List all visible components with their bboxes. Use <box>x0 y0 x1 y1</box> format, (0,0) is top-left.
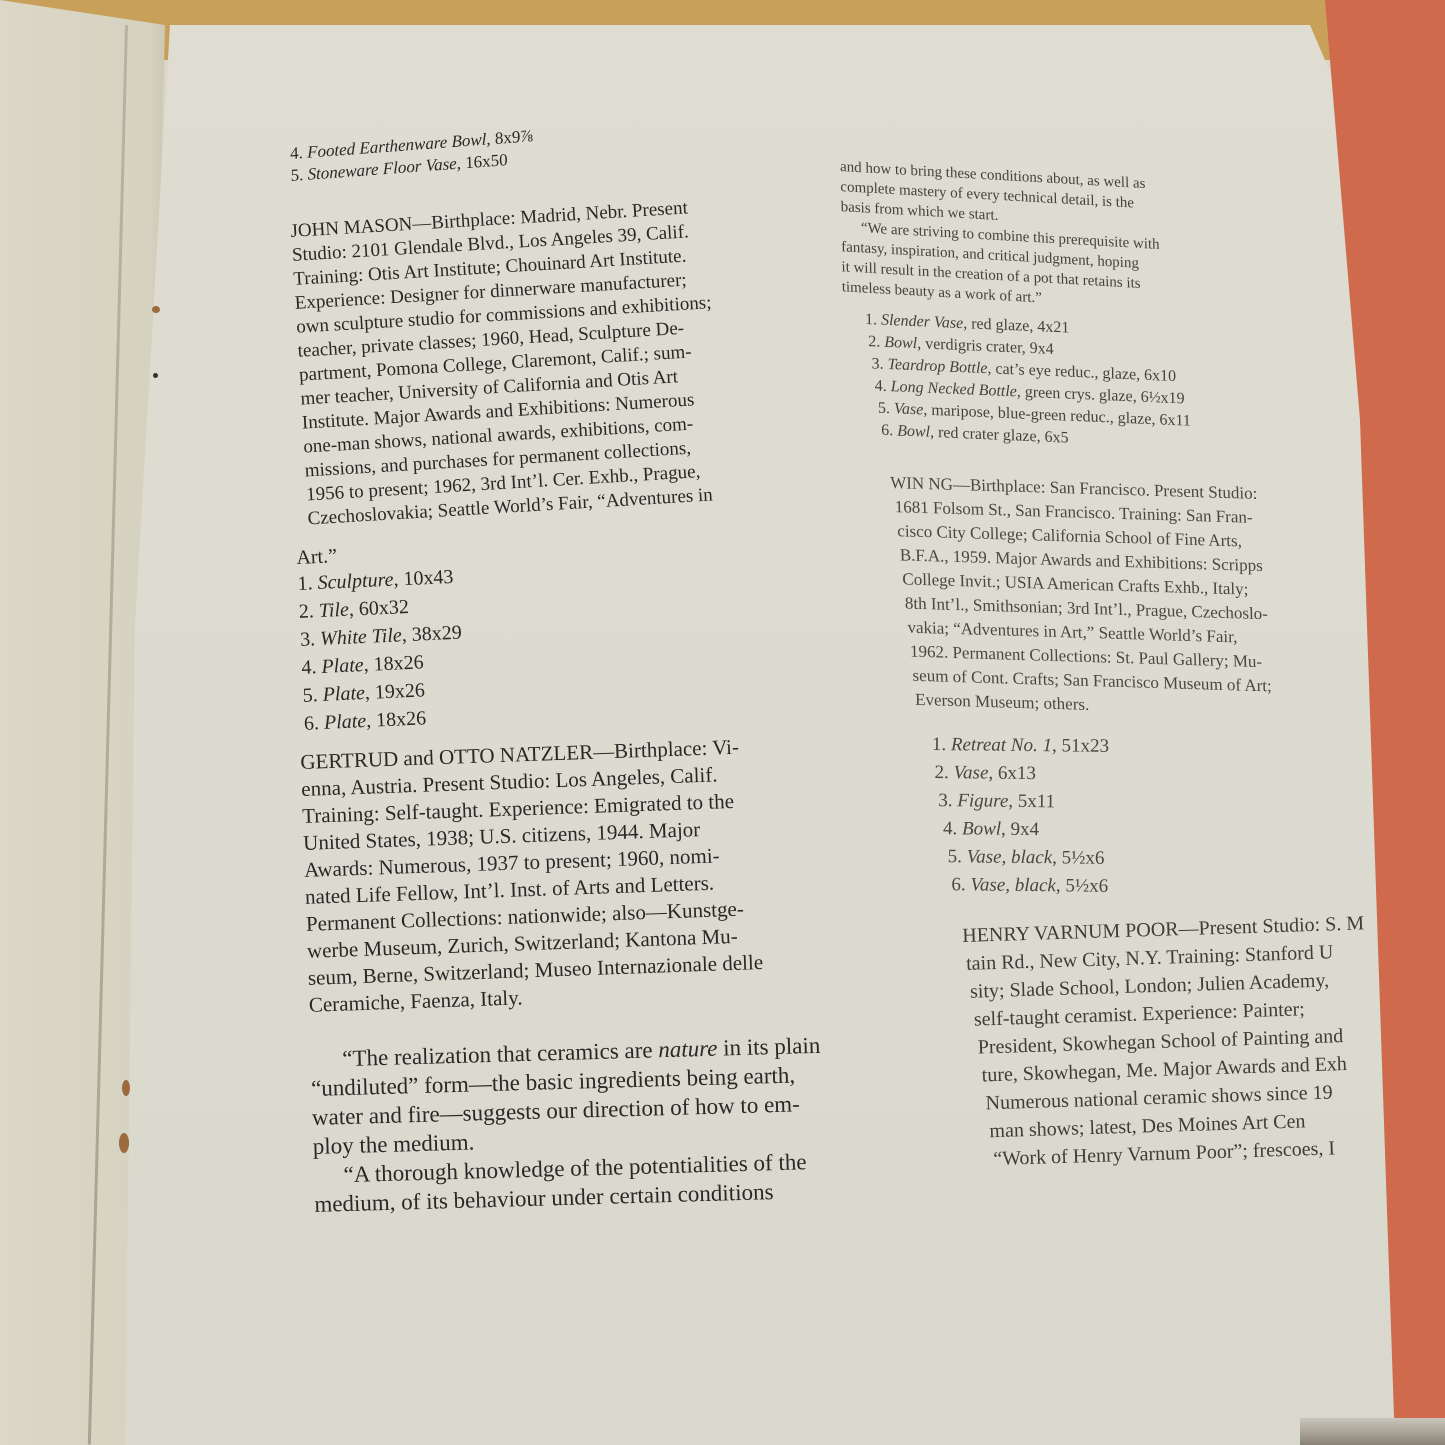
stain-mark <box>153 373 158 378</box>
poor-entry: HENRY VARNUM POOR—Present Studio: S. M t… <box>962 913 1372 1178</box>
natzler-works-list: 1. Slender Vase, red glaze, 4x21 2. Bowl… <box>865 312 1191 458</box>
mason-entry: JOHN MASON—Birthplace: Madrid, Nebr. Pre… <box>290 197 724 533</box>
work-item: 5. Vase, black, 5½x6 <box>931 847 1109 877</box>
work-item: 2. Vase, 6x13 <box>931 763 1109 793</box>
work-item: 6. Vase, black, 5½x6 <box>930 875 1108 905</box>
natzler-quote: “The realization that ceramics are natur… <box>310 1034 825 1222</box>
natzler-continued: and how to bring these conditions about,… <box>840 160 1161 318</box>
work-item: 4. Bowl, 9x4 <box>931 819 1109 849</box>
ng-entry: WIN NG—Birthplace: San Francisco. Presen… <box>890 474 1273 725</box>
stain-mark <box>152 306 160 313</box>
work-item: 3. Figure, 5x11 <box>931 791 1109 821</box>
mason-works-list: Art.” 1. Sculpture, 10x43 2. Tile, 60x32… <box>296 541 466 742</box>
ng-works-list: 1. Retreat No. 1, 51x23 2. Vase, 6x13 3.… <box>930 735 1109 905</box>
page-stack-edge <box>1300 1418 1445 1445</box>
stain-mark <box>119 1133 129 1153</box>
stain-mark <box>122 1080 130 1096</box>
natzler-entry: GERTRUD and OTTO NATZLER—Birthplace: Vi-… <box>300 736 765 1022</box>
work-item: 1. Retreat No. 1, 51x23 <box>932 735 1110 765</box>
